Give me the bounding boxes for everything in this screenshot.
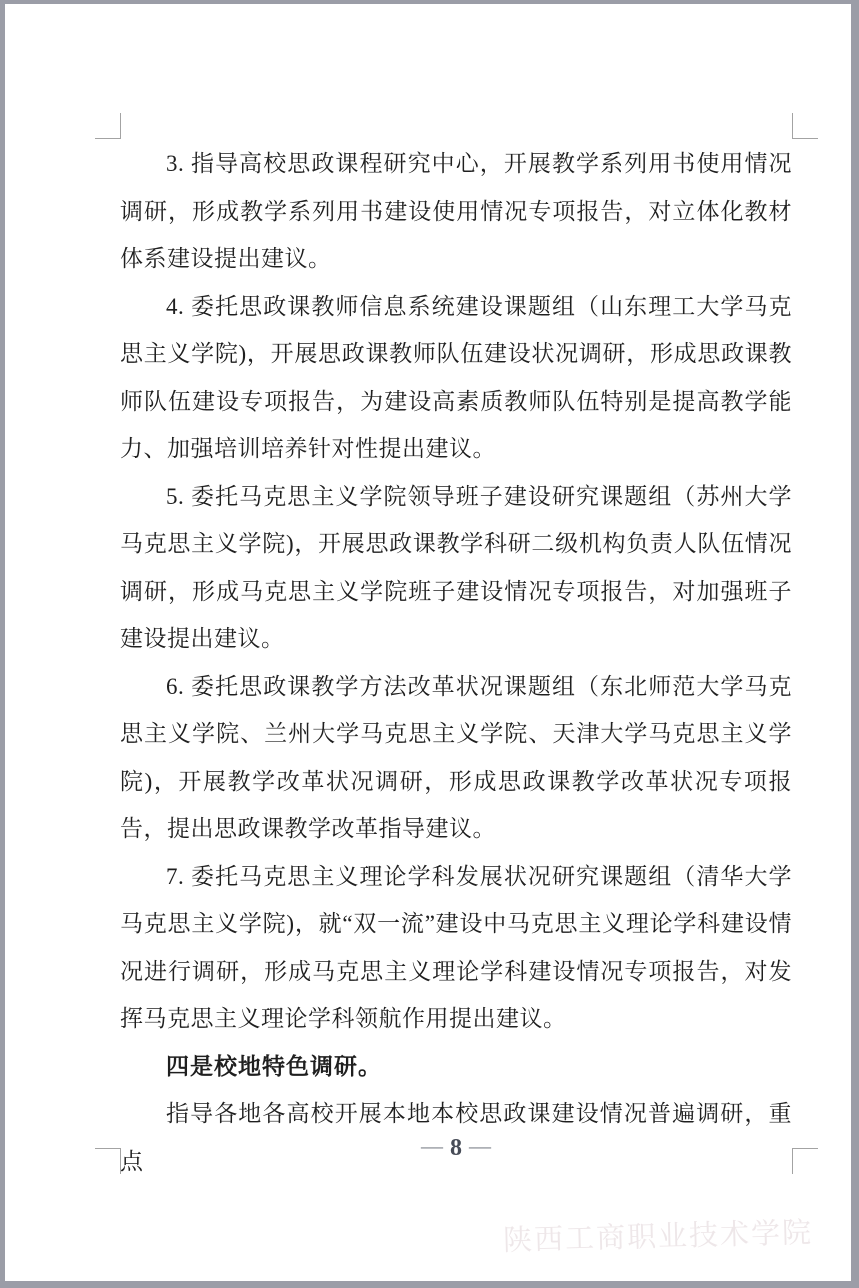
- crop-mark-bottom-right: [792, 1148, 818, 1174]
- crop-mark-top-left: [95, 113, 121, 139]
- crop-mark-bottom-left: [95, 1148, 121, 1174]
- document-page: 3. 指导高校思政课程研究中心，开展教学系列用书使用情况调研，形成教学系列用书建…: [5, 4, 851, 1281]
- paragraph-item-7: 7. 委托马克思主义理论学科发展状况研究课题组（清华大学马克思主义学院)，就“双…: [120, 853, 792, 1043]
- section-heading: 四是校地特色调研。: [120, 1043, 792, 1091]
- paragraph-item-6: 6. 委托思政课教学方法改革状况课题组（东北师范大学马克思主义学院、兰州大学马克…: [120, 663, 792, 853]
- crop-mark-top-right: [792, 113, 818, 139]
- page-number: 8: [450, 1135, 462, 1161]
- paragraph-item-5: 5. 委托马克思主义学院领导班子建设研究课题组（苏州大学马克思主义学院)，开展思…: [120, 473, 792, 663]
- footer-dash-right: —: [469, 1133, 491, 1158]
- document-body: 3. 指导高校思政课程研究中心，开展教学系列用书使用情况调研，形成教学系列用书建…: [120, 140, 792, 1185]
- paragraph-item-3: 3. 指导高校思政课程研究中心，开展教学系列用书使用情况调研，形成教学系列用书建…: [120, 140, 792, 283]
- page-footer: —8—: [120, 1135, 792, 1162]
- footer-dash-left: —: [421, 1133, 443, 1158]
- paragraph-item-4: 4. 委托思政课教师信息系统建设课题组（山东理工大学马克思主义学院)，开展思政课…: [120, 283, 792, 473]
- watermark: 陕西工商职业技术学院: [503, 1210, 824, 1259]
